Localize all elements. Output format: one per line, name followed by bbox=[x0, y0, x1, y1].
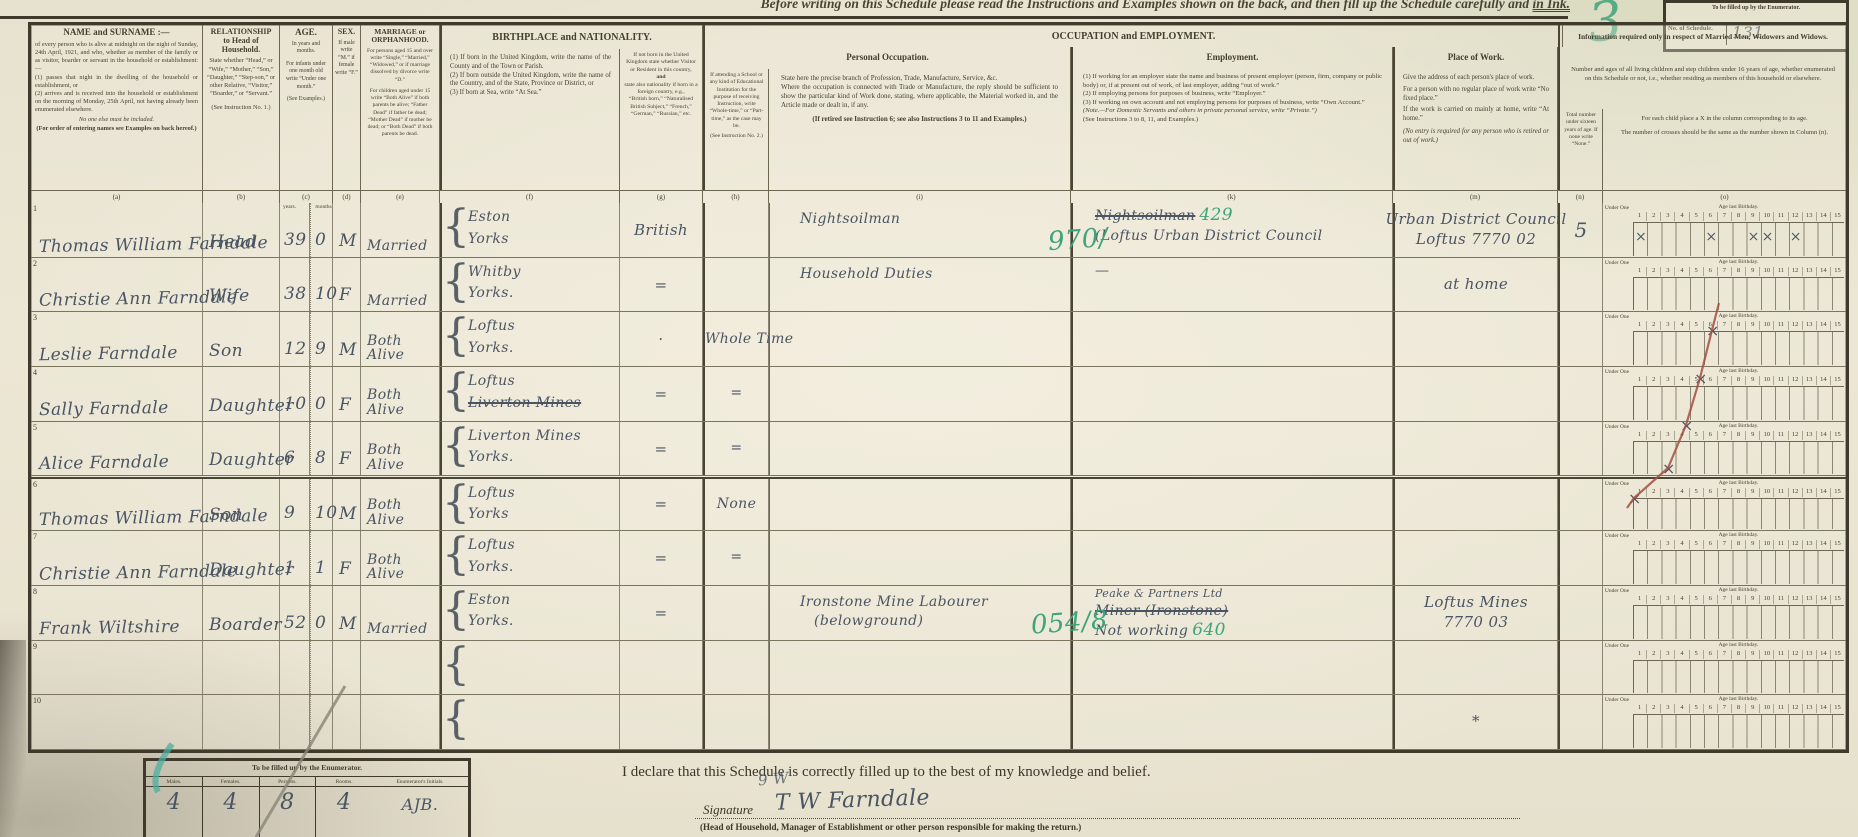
cell-employment bbox=[1071, 641, 1393, 695]
cell-name: 1 Thomas William Farndale bbox=[31, 203, 203, 257]
row-number: 7 bbox=[33, 532, 37, 541]
birthplace-line2: Yorks. bbox=[468, 559, 514, 575]
red-line-cross: × bbox=[1628, 489, 1641, 508]
cell-employment: Peake & Partners Ltd Miner (Ironstone) N… bbox=[1071, 586, 1393, 640]
cell-relationship: Wife bbox=[203, 258, 280, 312]
age-grid-cells bbox=[1633, 386, 1844, 420]
cell-school: None bbox=[703, 479, 769, 531]
cell-relationship: Son bbox=[203, 479, 280, 531]
cell-place-of-work bbox=[1393, 641, 1558, 695]
cell-nationality: = bbox=[620, 367, 703, 421]
age-last-birthday-label: Age last Birthday. bbox=[1633, 532, 1844, 538]
table-row: 3 Leslie Farndale Son 12 9 M BothAlive L… bbox=[31, 312, 1846, 367]
cell-birthplace: EstonYorks bbox=[440, 203, 620, 257]
females-value: 4 bbox=[203, 790, 259, 815]
struck-employment-entry: Nightsoilman bbox=[1095, 208, 1195, 224]
cell-age-years: 52 bbox=[280, 586, 310, 640]
cell-marriage: Married bbox=[361, 258, 440, 312]
cell-children-total bbox=[1558, 531, 1603, 585]
subheader-employment: Employment. bbox=[1071, 47, 1393, 69]
cell-age-months: 0 bbox=[310, 367, 333, 421]
struck-employment-entry: Miner (Ironstone) bbox=[1095, 603, 1228, 619]
under-one-label: Under One bbox=[1603, 533, 1631, 539]
cell-employment bbox=[1071, 531, 1393, 585]
cell-children-total bbox=[1558, 695, 1603, 749]
col-header-children-total: Total number under sixteen years of age.… bbox=[1558, 109, 1603, 190]
cell-name: 6 Thomas William Farndale bbox=[31, 479, 203, 531]
table-rows: 1 Thomas William Farndale Head 39 0 M Ma… bbox=[31, 203, 1846, 750]
col-letter-o: (o) bbox=[1603, 190, 1846, 203]
enumerator-summary-box: To be filled up by the Enumerator. Males… bbox=[143, 758, 471, 837]
under-one-label: Under One bbox=[1603, 643, 1631, 649]
age-last-birthday-label: Age last Birthday. bbox=[1633, 313, 1844, 319]
age-last-birthday-label: Age last Birthday. bbox=[1633, 259, 1844, 265]
cell-age-years bbox=[280, 641, 310, 695]
cell-age-months: 1 bbox=[310, 531, 333, 585]
age-last-birthday-label: Age last Birthday. bbox=[1633, 587, 1844, 593]
cell-children-grid: Under One Age last Birthday. 12345678910… bbox=[1603, 422, 1846, 476]
cell-age-years: 12 bbox=[280, 312, 310, 366]
cell-place-of-work bbox=[1393, 367, 1558, 421]
subheader-place-of-work: Place of Work. bbox=[1393, 47, 1558, 69]
cell-children-total bbox=[1558, 641, 1603, 695]
rooms-column: Rooms. 4 bbox=[316, 777, 372, 837]
col-letter-a: (a) bbox=[31, 190, 203, 203]
cell-occupation: Household Duties bbox=[769, 258, 1071, 312]
col-letter-i: (i) bbox=[769, 190, 1071, 203]
cell-children-grid: Under One Age last Birthday. 12345678910… bbox=[1603, 203, 1846, 257]
under-one-label: Under One bbox=[1603, 481, 1631, 487]
age-numbers-row: 123456789101112131415 bbox=[1633, 704, 1844, 713]
signature-label: Signature bbox=[703, 802, 753, 818]
cell-place-of-work: * bbox=[1393, 695, 1558, 749]
cell-relationship: Daughter bbox=[203, 367, 280, 421]
name-value: Alice Farndale bbox=[39, 452, 169, 474]
cell-children-grid: Under One Age last Birthday. 12345678910… bbox=[1603, 367, 1846, 421]
age-last-birthday-label: Age last Birthday. bbox=[1633, 480, 1844, 486]
green-employment-code-1: 429 bbox=[1199, 205, 1233, 225]
census-schedule-scan: Before writing on this Schedule please r… bbox=[0, 0, 1858, 837]
cell-birthplace: LoftusYorks bbox=[440, 479, 620, 531]
group-header-occupation: OCCUPATION and EMPLOYMENT. bbox=[703, 25, 1563, 47]
cell-school: Whole Time bbox=[703, 312, 769, 366]
cell-occupation: Ironstone Mine Labourer (belowground) 05… bbox=[769, 586, 1071, 640]
top-instruction: Before writing on this Schedule please r… bbox=[330, 0, 1570, 12]
declaration-scribble: 9 W bbox=[757, 769, 789, 790]
females-column: Females. 4 bbox=[203, 777, 260, 837]
cell-marriage: BothAlive bbox=[361, 312, 440, 366]
row-number: 9 bbox=[33, 642, 37, 651]
table-row: 7 Christie Ann Farndale Daughter 1 1 F B… bbox=[31, 531, 1846, 586]
cell-sex: M bbox=[333, 203, 361, 257]
cell-relationship: Head bbox=[203, 203, 280, 257]
cell-place-of-work: Loftus Mines7770 03 bbox=[1393, 586, 1558, 640]
census-form-table: NAME and SURNAME :— of every person who … bbox=[28, 22, 1849, 753]
age-last-birthday-label: Age last Birthday. bbox=[1633, 204, 1844, 210]
group-header-birthplace: BIRTHPLACE and NATIONALITY. bbox=[440, 25, 703, 49]
row-number: 1 bbox=[33, 204, 37, 213]
schedule-box-title: To be filled up by the Enumerator. bbox=[1666, 3, 1846, 11]
cell-place-of-work bbox=[1393, 479, 1558, 531]
cell-name: 5 Alice Farndale bbox=[31, 422, 203, 476]
cell-employment bbox=[1071, 312, 1393, 366]
col-header-age: AGE. In years and months. For infants un… bbox=[280, 25, 333, 190]
birthplace-line2: Yorks bbox=[468, 231, 509, 247]
cell-name: 9 bbox=[31, 641, 203, 695]
age-numbers-row: 123456789101112131415 bbox=[1633, 321, 1844, 330]
cell-age-months bbox=[310, 641, 333, 695]
col-header-nationality: If not born in the United Kingdom state … bbox=[620, 49, 703, 190]
cell-name: 4 Sally Farndale bbox=[31, 367, 203, 421]
cell-children-total bbox=[1558, 312, 1603, 366]
col-letter-k: (k) bbox=[1071, 190, 1393, 203]
cell-birthplace: EstonYorks. bbox=[440, 586, 620, 640]
age-grid-cells bbox=[1633, 222, 1844, 256]
col-header-employment-body: (1) If working for an employer state the… bbox=[1071, 69, 1393, 190]
col-header-occupation-body: State here the precise branch of Profess… bbox=[769, 69, 1071, 190]
cell-place-of-work bbox=[1393, 531, 1558, 585]
age-grid-cells bbox=[1633, 331, 1844, 365]
cell-place-of-work bbox=[1393, 422, 1558, 476]
cell-marriage: BothAlive bbox=[361, 531, 440, 585]
birthplace-line2: Yorks. bbox=[468, 613, 514, 629]
children-age-grid-band: Under One Age last Birthday. 12345678910… bbox=[1603, 203, 1846, 257]
col-letter-b: (b) bbox=[203, 190, 280, 203]
cell-children-total bbox=[1558, 422, 1603, 476]
cell-age-years bbox=[280, 695, 310, 749]
age-numbers-row: 123456789101112131415 bbox=[1633, 650, 1844, 659]
cell-occupation bbox=[769, 312, 1071, 366]
table-row: 4 Sally Farndale Daughter 10 0 F BothAli… bbox=[31, 367, 1846, 422]
cell-sex: M bbox=[333, 479, 361, 531]
age-last-birthday-label: Age last Birthday. bbox=[1633, 423, 1844, 429]
enumerator-initials-value: AJB. bbox=[372, 795, 468, 814]
cell-sex: M bbox=[333, 312, 361, 366]
age-grid-cells bbox=[1633, 498, 1844, 530]
children-age-grid-band: Under One Age last Birthday. 12345678910… bbox=[1603, 258, 1846, 312]
birthplace-line2: Yorks. bbox=[468, 285, 514, 301]
cell-occupation bbox=[769, 641, 1071, 695]
cell-children-total bbox=[1558, 258, 1603, 312]
signature-line: Signature T W Farndale bbox=[695, 796, 1520, 819]
col-letter-m: (m) bbox=[1393, 190, 1558, 203]
cell-children-grid: Under One Age last Birthday. 12345678910… bbox=[1603, 312, 1846, 366]
cell-sex: F bbox=[333, 367, 361, 421]
children-age-grid-band: Under One Age last Birthday. 12345678910… bbox=[1603, 312, 1846, 366]
cell-occupation bbox=[769, 531, 1071, 585]
col-header-children-grid: For each child place a X in the column c… bbox=[1603, 109, 1846, 190]
cell-name: 8 Frank Wiltshire bbox=[31, 586, 203, 640]
cell-occupation bbox=[769, 367, 1071, 421]
red-line-cross: × bbox=[1662, 459, 1675, 478]
under-one-label: Under One bbox=[1603, 314, 1631, 320]
name-value: Sally Farndale bbox=[39, 398, 169, 420]
cell-school bbox=[703, 695, 769, 749]
age-numbers-row: 123456789101112131415 bbox=[1633, 431, 1844, 440]
under-one-label: Under One bbox=[1603, 588, 1631, 594]
cell-children-grid: Under One Age last Birthday. 12345678910… bbox=[1603, 258, 1846, 312]
cell-nationality: = bbox=[620, 586, 703, 640]
cell-occupation bbox=[769, 422, 1071, 476]
col-header-relationship: RELATIONSHIP to Head of Household. State… bbox=[203, 25, 280, 190]
col-header-birthplace: (1) If born in the United Kingdom, write… bbox=[440, 49, 620, 190]
col-letter-g: (g) bbox=[620, 190, 703, 203]
cell-occupation bbox=[769, 479, 1071, 531]
cell-birthplace bbox=[440, 641, 620, 695]
cell-school bbox=[703, 203, 769, 257]
subheader-children: Number and ages of all living children a… bbox=[1558, 63, 1846, 109]
age-numbers-row: 123456789101112131415 bbox=[1633, 595, 1844, 604]
cell-place-of-work: Urban District CouncilLoftus 7770 02 bbox=[1393, 203, 1558, 257]
cell-name: 10 bbox=[31, 695, 203, 749]
children-age-grid-band: Under One Age last Birthday. 12345678910… bbox=[1603, 695, 1846, 749]
cell-relationship: Boarder bbox=[203, 586, 280, 640]
table-row: 10 * Under One Age last Bi bbox=[31, 695, 1846, 750]
children-age-grid-band: Under One Age last Birthday. 12345678910… bbox=[1603, 531, 1846, 585]
cell-sex: F bbox=[333, 258, 361, 312]
age-grid-cells bbox=[1633, 277, 1844, 311]
age-last-birthday-label: Age last Birthday. bbox=[1633, 368, 1844, 374]
cell-nationality: = bbox=[620, 531, 703, 585]
cell-nationality: British bbox=[620, 203, 703, 257]
signature-caption: (Head of Household, Manager of Establish… bbox=[700, 822, 1530, 832]
cell-school bbox=[703, 641, 769, 695]
col-letter-n: (n) bbox=[1558, 190, 1603, 203]
cell-nationality bbox=[620, 695, 703, 749]
row-number: 4 bbox=[33, 368, 37, 377]
cell-employment: Nightsoilman 429 (Loftus Urban District … bbox=[1071, 203, 1393, 257]
children-age-grid-band: Under One Age last Birthday. 12345678910… bbox=[1603, 367, 1846, 421]
table-row: 9 Under One Age last Birt bbox=[31, 641, 1846, 696]
col-letter-e: (e) bbox=[361, 190, 440, 203]
age-numbers-row: 123456789101112131415 bbox=[1633, 212, 1844, 221]
cell-children-total bbox=[1558, 479, 1603, 531]
cell-employment bbox=[1071, 479, 1393, 531]
child-age-cross: × bbox=[1635, 229, 1647, 245]
subheader-personal-occupation: Personal Occupation. bbox=[703, 47, 1071, 69]
child-age-cross: × bbox=[1762, 229, 1774, 245]
under-one-label: Under One bbox=[1603, 369, 1631, 375]
col-header-sex: SEX. If male write “M.” if female write … bbox=[333, 25, 361, 190]
rooms-value: 4 bbox=[316, 790, 372, 815]
scan-edge-shadow bbox=[0, 640, 26, 837]
cell-children-grid: Under One Age last Birthday. 12345678910… bbox=[1603, 641, 1846, 695]
cell-school bbox=[703, 258, 769, 312]
cell-school: = bbox=[703, 422, 769, 476]
age-grid-cells bbox=[1633, 605, 1844, 639]
cell-age-years: 9 bbox=[280, 479, 310, 531]
cell-children-grid: Under One Age last Birthday. 12345678910… bbox=[1603, 586, 1846, 640]
name-value: Leslie Farndale bbox=[39, 343, 178, 365]
row-number: 6 bbox=[33, 480, 37, 489]
cell-school: = bbox=[703, 367, 769, 421]
cell-employment: — bbox=[1071, 258, 1393, 312]
cell-age-months: 0 bbox=[310, 586, 333, 640]
cell-children-grid: Under One Age last Birthday. 12345678910… bbox=[1603, 531, 1846, 585]
cell-name: 3 Leslie Farndale bbox=[31, 312, 203, 366]
table-row: 1 Thomas William Farndale Head 39 0 M Ma… bbox=[31, 203, 1846, 258]
cell-birthplace: WhitbyYorks. bbox=[440, 258, 620, 312]
cell-age-months: 10 bbox=[310, 258, 333, 312]
col-header-school: If attending a School or any kind of Edu… bbox=[703, 69, 769, 190]
cell-sex: F bbox=[333, 422, 361, 476]
under-one-label: Under One bbox=[1603, 424, 1631, 430]
cell-relationship bbox=[203, 695, 280, 749]
cell-children-total bbox=[1558, 367, 1603, 421]
cell-sex: F bbox=[333, 531, 361, 585]
under-one-label: Under One bbox=[1603, 205, 1631, 211]
child-age-cross: × bbox=[1790, 229, 1802, 245]
cell-children-total: 5 bbox=[1558, 203, 1603, 257]
col-letter-c: (c) bbox=[280, 190, 333, 203]
cell-age-months: 0 bbox=[310, 203, 333, 257]
red-line-cross: × bbox=[1694, 369, 1707, 388]
age-numbers-row: 123456789101112131415 bbox=[1633, 267, 1844, 276]
under-one-label: Under One bbox=[1603, 697, 1631, 703]
green-occupation-code: 970/ bbox=[1047, 223, 1109, 257]
cell-age-months: 9 bbox=[310, 312, 333, 366]
cell-sex: M bbox=[333, 586, 361, 640]
cell-sex bbox=[333, 695, 361, 749]
males-value: 4 bbox=[146, 790, 202, 815]
cell-birthplace: Liverton MinesYorks. bbox=[440, 422, 620, 476]
row-number: 3 bbox=[33, 313, 37, 322]
age-last-birthday-label: Age last Birthday. bbox=[1633, 642, 1844, 648]
cell-nationality bbox=[620, 641, 703, 695]
row-number: 5 bbox=[33, 423, 37, 432]
cell-age-months bbox=[310, 695, 333, 749]
age-numbers-row: 123456789101112131415 bbox=[1633, 376, 1844, 385]
cell-relationship: Son bbox=[203, 312, 280, 366]
col-header-marriage: MARRIAGE or ORPHANHOOD. For persons aged… bbox=[361, 25, 440, 190]
col-letter-h: (h) bbox=[703, 190, 769, 203]
age-numbers-row: 123456789101112131415 bbox=[1633, 540, 1844, 549]
under-one-label: Under One bbox=[1603, 260, 1631, 266]
age-grid-cells bbox=[1633, 714, 1844, 748]
age-grid-cells bbox=[1633, 550, 1844, 584]
cell-school bbox=[703, 586, 769, 640]
table-row: 6 Thomas William Farndale Son 9 10 M Bot… bbox=[31, 477, 1846, 532]
cell-relationship: Daughter bbox=[203, 531, 280, 585]
males-column: Males. 4 bbox=[146, 777, 203, 837]
cell-birthplace: LoftusYorks. bbox=[440, 312, 620, 366]
enumerator-box-title: To be filled up by the Enumerator. bbox=[146, 761, 468, 774]
table-row: 2 Christie Ann Farndale Wife 38 10 F Mar… bbox=[31, 258, 1846, 313]
cell-occupation bbox=[769, 695, 1071, 749]
cell-children-total bbox=[1558, 586, 1603, 640]
persons-column: Persons. 8 bbox=[260, 777, 317, 837]
cell-occupation: Nightsoilman 970/ bbox=[769, 203, 1071, 257]
age-last-birthday-label: Age last Birthday. bbox=[1633, 696, 1844, 702]
table-row: 5 Alice Farndale Daughter 6 8 F BothAliv… bbox=[31, 422, 1846, 477]
cell-marriage: BothAlive bbox=[361, 422, 440, 476]
cell-school: = bbox=[703, 531, 769, 585]
cell-birthplace: LoftusLiverton Mines bbox=[440, 367, 620, 421]
red-line-cross: × bbox=[1680, 416, 1693, 435]
row-number: 10 bbox=[33, 696, 41, 705]
birthplace-line2: Yorks. bbox=[468, 449, 514, 465]
child-age-cross: × bbox=[1748, 229, 1760, 245]
cell-birthplace bbox=[440, 695, 620, 749]
cell-marriage bbox=[361, 695, 440, 749]
cell-age-years: 39 bbox=[280, 203, 310, 257]
group-header-children: Information required only in respect of … bbox=[1558, 25, 1846, 63]
cell-sex bbox=[333, 641, 361, 695]
cell-age-years: 6 bbox=[280, 422, 310, 476]
cell-employment bbox=[1071, 422, 1393, 476]
row-number: 8 bbox=[33, 587, 37, 596]
children-age-grid-band: Under One Age last Birthday. 12345678910… bbox=[1603, 422, 1846, 476]
col-header-name: NAME and SURNAME :— of every person who … bbox=[31, 25, 203, 190]
cell-marriage: BothAlive bbox=[361, 367, 440, 421]
cell-nationality: = bbox=[620, 479, 703, 531]
col-letter-d: (d) bbox=[333, 190, 361, 203]
cell-employment bbox=[1071, 695, 1393, 749]
birthplace-line2: Liverton Mines bbox=[468, 395, 581, 411]
enumerator-initials-box: Enumerator's Initials. AJB. bbox=[372, 776, 468, 837]
cell-age-years: 38 bbox=[280, 258, 310, 312]
birthplace-line2: Yorks. bbox=[468, 340, 514, 356]
age-numbers-row: 123456789101112131415 bbox=[1633, 488, 1844, 497]
cell-children-grid: Under One Age last Birthday. 12345678910… bbox=[1603, 695, 1846, 749]
persons-value: 8 bbox=[260, 790, 316, 815]
birthplace-line2: Yorks bbox=[468, 506, 509, 522]
green-occupation-code: 054/8 bbox=[1030, 605, 1109, 640]
cell-employment bbox=[1071, 367, 1393, 421]
name-value: Frank Wiltshire bbox=[39, 616, 180, 638]
cell-relationship bbox=[203, 641, 280, 695]
cell-name: 7 Christie Ann Farndale bbox=[31, 531, 203, 585]
cell-nationality: = bbox=[620, 258, 703, 312]
table-row: 8 Frank Wiltshire Boarder 52 0 M Married… bbox=[31, 586, 1846, 641]
col-header-place-of-work-body: Give the address of each person's place … bbox=[1393, 69, 1558, 190]
signature-value: T W Farndale bbox=[775, 785, 931, 815]
green-employment-code-2: 640 bbox=[1192, 620, 1226, 640]
cell-place-of-work bbox=[1393, 312, 1558, 366]
cell-age-months: 8 bbox=[310, 422, 333, 476]
cell-age-months: 10 bbox=[310, 479, 333, 531]
cell-name: 2 Christie Ann Farndale bbox=[31, 258, 203, 312]
red-line-cross: × bbox=[1706, 321, 1719, 340]
cell-marriage: Married bbox=[361, 203, 440, 257]
cell-birthplace: LoftusYorks. bbox=[440, 531, 620, 585]
row-number: 2 bbox=[33, 259, 37, 268]
cell-age-years: 1 bbox=[280, 531, 310, 585]
cell-marriage: Married bbox=[361, 586, 440, 640]
children-age-grid-band: Under One Age last Birthday. 12345678910… bbox=[1603, 586, 1846, 640]
top-rule bbox=[0, 16, 1568, 19]
cell-relationship: Daughter bbox=[203, 422, 280, 476]
child-age-cross: × bbox=[1705, 229, 1717, 245]
age-grid-cells bbox=[1633, 660, 1844, 694]
cell-nationality: · bbox=[620, 312, 703, 366]
children-age-grid-band: Under One Age last Birthday. 12345678910… bbox=[1603, 641, 1846, 695]
cell-nationality: = bbox=[620, 422, 703, 476]
cell-marriage: BothAlive bbox=[361, 479, 440, 531]
cell-age-years: 10 bbox=[280, 367, 310, 421]
cell-place-of-work: at home bbox=[1393, 258, 1558, 312]
cell-marriage bbox=[361, 641, 440, 695]
